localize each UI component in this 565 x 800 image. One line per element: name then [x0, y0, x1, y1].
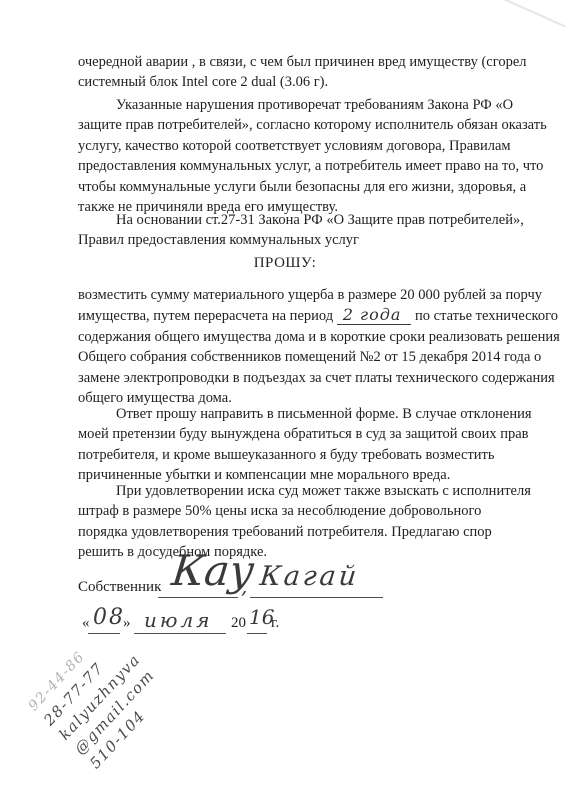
handwritten-comma: ,	[241, 574, 247, 598]
body-line: Указанные нарушения противоречат требова…	[78, 95, 492, 115]
date-year-printed: 20	[231, 615, 246, 632]
paragraph-legal-basis: На основании ст.27-31 Закона РФ «О Защит…	[78, 210, 492, 251]
owner-surname-handwritten: Кагай	[259, 564, 361, 590]
body-line: потребителя, и кроме вышеуказанного я бу…	[78, 445, 492, 465]
body-line: Общего собрания собственников помещений …	[78, 347, 492, 367]
scan-artifact	[503, 0, 565, 28]
body-line: системный блок Intel core 2 dual (3.06 г…	[78, 72, 492, 92]
body-line: защите прав потребителей», согласно кото…	[78, 115, 492, 135]
body-line: возместить сумму материального ущерба в …	[78, 285, 492, 305]
body-line: штраф в размере 50% цены иска за несоблю…	[78, 501, 492, 521]
signature-underline	[158, 597, 238, 598]
body-text-segment: по статье технического	[415, 308, 558, 324]
surname-underline	[250, 597, 383, 598]
body-line: Правил предоставления коммунальных услуг	[78, 230, 492, 250]
body-line: содержания общего имущества дома и в кор…	[78, 327, 492, 347]
body-line: Ответ прошу направить в письменной форме…	[78, 404, 492, 424]
body-line-with-handwritten-insert: имущества, путем перерасчета на период 2…	[78, 305, 492, 326]
paragraph-violations: Указанные нарушения противоречат требова…	[78, 95, 492, 217]
owner-label: Собственник	[78, 579, 161, 596]
date-year-underline	[247, 633, 267, 634]
paragraph-damage-continuation: очередной аварии , в связи, с чем был пр…	[78, 52, 492, 93]
request-heading: ПРОШУ:	[78, 255, 492, 272]
date-open-quote: «	[82, 615, 90, 632]
date-era-suffix: г.	[271, 615, 279, 632]
paragraph-reply-request: Ответ прошу направить в письменной форме…	[78, 404, 492, 486]
body-line: На основании ст.27-31 Закона РФ «О Защит…	[78, 210, 492, 230]
body-line: чтобы коммунальные услуги были безопасны…	[78, 177, 492, 197]
body-line: решить в досудебном порядке.	[78, 542, 492, 562]
scanned-document-page: очередной аварии , в связи, с чем был пр…	[0, 0, 565, 800]
date-month-underline	[134, 633, 226, 634]
date-close-quote: »	[123, 615, 131, 632]
date-month-handwritten: июля	[144, 610, 212, 630]
body-line: При удовлетворении иска суд может также …	[78, 481, 492, 501]
body-text-segment: имущества, путем перерасчета на период	[78, 308, 333, 324]
body-line: предоставления коммунальных услуг, а пот…	[78, 156, 492, 176]
paragraph-penalty: При удовлетворении иска суд может также …	[78, 481, 492, 563]
body-line: очередной аварии , в связи, с чем был пр…	[78, 52, 492, 72]
handwritten-corner-notes: 92-44-86 28-77-77 kalyuzhnyva @gmail.com…	[24, 621, 176, 773]
body-line: порядка удовлетворения требований потреб…	[78, 522, 492, 542]
paragraph-demands: возместить сумму материального ущерба в …	[78, 285, 492, 408]
body-line: услугу, качество которой соответствует у…	[78, 136, 492, 156]
body-line: моей претензии буду вынуждена обратиться…	[78, 424, 492, 444]
body-line: замене электропроводки в подъездах за сч…	[78, 368, 492, 388]
handwritten-period-insert: 2 года	[337, 305, 412, 325]
